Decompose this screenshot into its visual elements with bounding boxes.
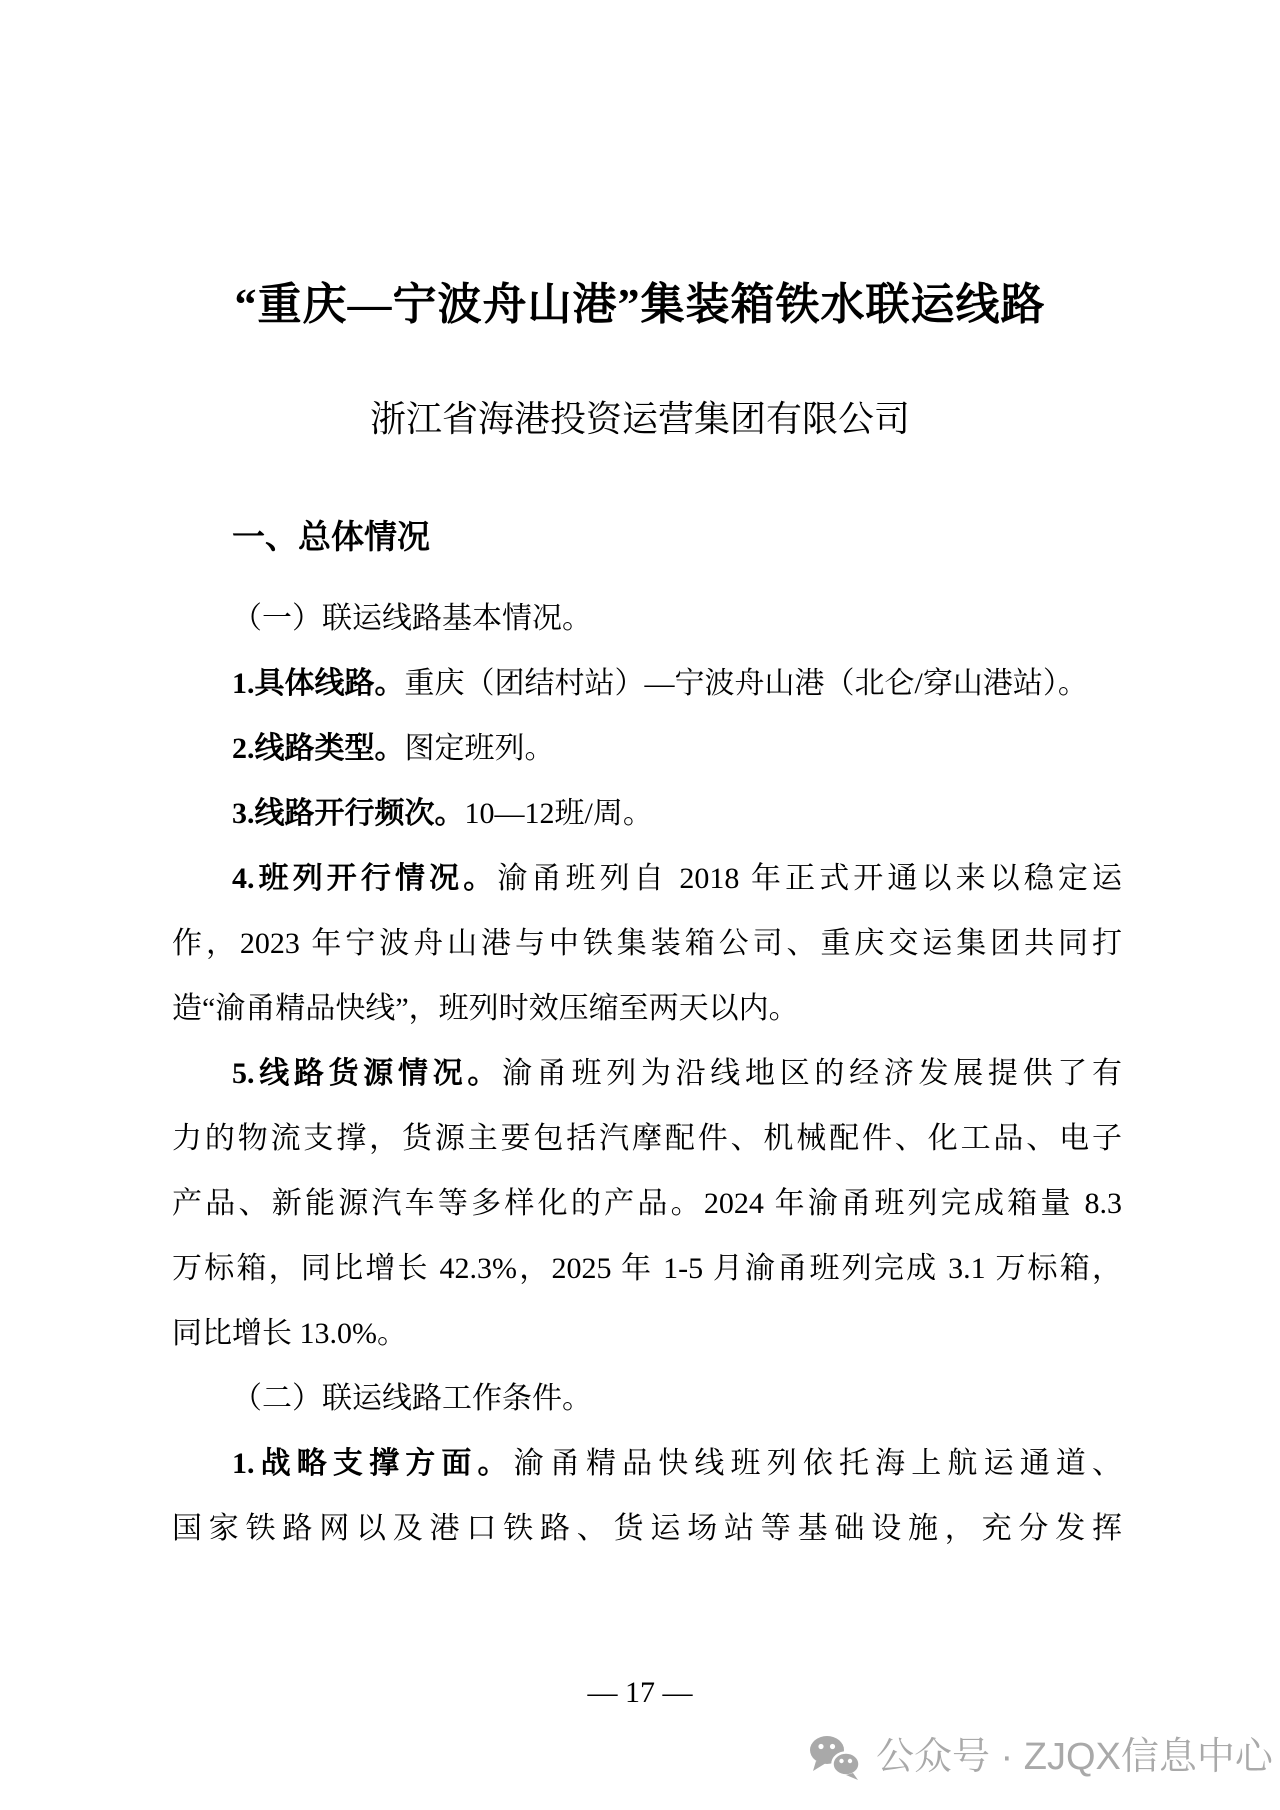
line-text: 国家铁路网以及港口铁路、货运场站等基础设施，充分发挥 [172,1512,1122,1545]
body-line: （一）联运线路基本情况。 [172,586,1122,651]
body-line: 2.线路类型。图定班列。 [172,716,1122,781]
line-text: （一）联运线路基本情况。 [232,602,592,635]
item-label: 5.线路货源情况。 [232,1057,502,1090]
item-label: 3.线路开行频次。 [232,797,465,830]
body-line: 4.班列开行情况。渝甬班列自 2018 年正式开通以来以稳定运 [172,846,1122,911]
body-line: 1.具体线路。重庆（团结村站）—宁波舟山港（北仑/穿山港站）。 [172,651,1122,716]
line-text: 同比增长 13.0%。 [172,1317,407,1350]
item-label: 1.具体线路。 [232,667,405,700]
body-line: 万标箱，同比增长 42.3%，2025 年 1-5 月渝甬班列完成 3.1 万标… [172,1236,1122,1301]
line-text: 万标箱，同比增长 42.3%，2025 年 1-5 月渝甬班列完成 3.1 万标… [172,1252,1122,1285]
body-line: （二）联运线路工作条件。 [172,1366,1122,1431]
line-text: 作，2023 年宁波舟山港与中铁集装箱公司、重庆交运集团共同打 [172,927,1122,960]
line-text: 图定班列。 [405,732,555,765]
body-text-block: （一）联运线路基本情况。 1.具体线路。重庆（团结村站）—宁波舟山港（北仑/穿山… [172,586,1122,1561]
body-line: 国家铁路网以及港口铁路、货运场站等基础设施，充分发挥 [172,1496,1122,1561]
item-label: 2.线路类型。 [232,732,405,765]
line-text: 重庆（团结村站）—宁波舟山港（北仑/穿山港站）。 [405,667,1088,700]
document-body: 一、总体情况 （一）联运线路基本情况。 1.具体线路。重庆（团结村站）—宁波舟山… [172,514,1122,1561]
body-line: 5.线路货源情况。渝甬班列为沿线地区的经济发展提供了有 [172,1041,1122,1106]
body-line: 力的物流支撑，货源主要包括汽摩配件、机械配件、化工品、电子 [172,1106,1122,1171]
line-text: 渝甬班列自 2018 年正式开通以来以稳定运 [497,862,1122,895]
body-line: 1.战略支撑方面。渝甬精品快线班列依托海上航运通道、 [172,1431,1122,1496]
document-subtitle: 浙江省海港投资运营集团有限公司 [0,396,1280,442]
wechat-icon [806,1734,862,1780]
page-number: — 17 — [0,1672,1280,1714]
line-text: 产品、新能源汽车等多样化的产品。2024 年渝甬班列完成箱量 8.3 [172,1187,1122,1220]
line-text: （二）联运线路工作条件。 [232,1382,592,1415]
item-label: 1.战略支撑方面。 [232,1447,514,1480]
document-page: “重庆—宁波舟山港”集装箱铁水联运线路 浙江省海港投资运营集团有限公司 一、总体… [0,0,1280,1810]
line-text: 渝甬班列为沿线地区的经济发展提供了有 [502,1057,1122,1090]
body-line: 作，2023 年宁波舟山港与中铁集装箱公司、重庆交运集团共同打 [172,911,1122,976]
item-label: 4.班列开行情况。 [232,862,497,895]
line-text: 10—12班/周。 [465,797,653,830]
body-line: 造“渝甬精品快线”，班列时效压缩至两天以内。 [172,976,1122,1041]
body-line: 3.线路开行频次。10—12班/周。 [172,781,1122,846]
line-text: 力的物流支撑，货源主要包括汽摩配件、机械配件、化工品、电子 [172,1122,1122,1155]
document-title: “重庆—宁波舟山港”集装箱铁水联运线路 [0,278,1280,332]
body-line: 同比增长 13.0%。 [172,1301,1122,1366]
line-text: 渝甬精品快线班列依托海上航运通道、 [514,1447,1122,1480]
body-line: 产品、新能源汽车等多样化的产品。2024 年渝甬班列完成箱量 8.3 [172,1171,1122,1236]
section-heading: 一、总体情况 [172,514,1122,560]
line-text: 造“渝甬精品快线”，班列时效压缩至两天以内。 [172,992,799,1025]
watermark-text: 公众号 · ZJQX信息中心 [876,1732,1273,1782]
watermark: 公众号 · ZJQX信息中心 [806,1732,1273,1782]
